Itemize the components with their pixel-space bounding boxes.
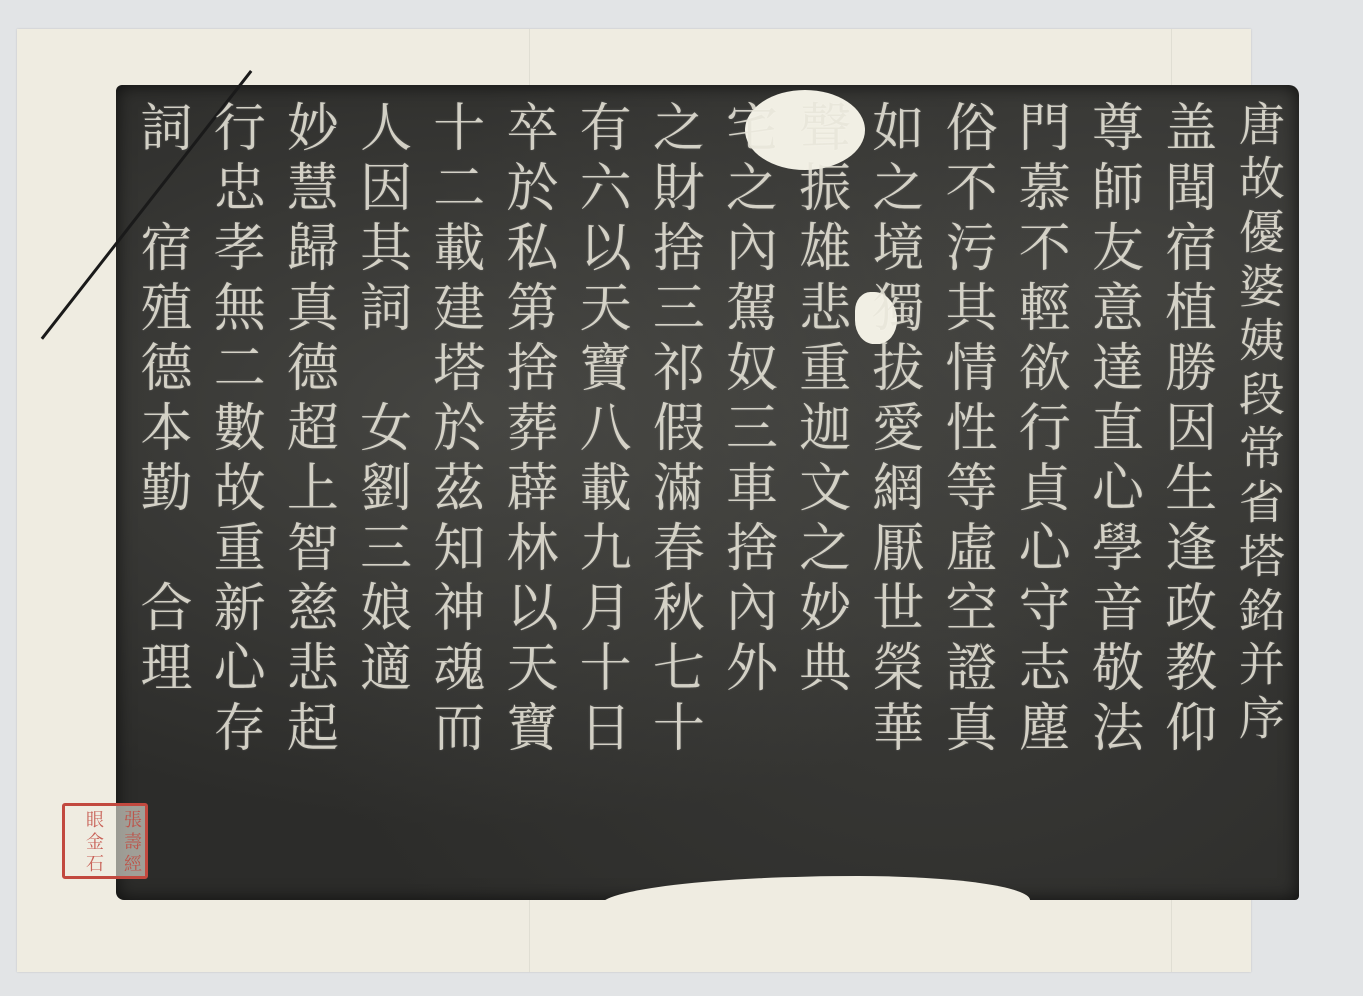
inscription-column: 人因其詞 女劉三娘適 xyxy=(350,100,412,890)
seal-character: 石 xyxy=(67,852,105,874)
inscription-column: 俗不污其情性等虛空證真 xyxy=(935,100,997,890)
inscription-column: 有六以天寶八載九月十日 xyxy=(569,100,631,890)
seal-character: 壽 xyxy=(105,830,143,852)
inscription-column: 之財捨三祁假滿春秋七十 xyxy=(642,100,704,890)
inscription-column: 盖聞宿植勝因生逢政教仰 xyxy=(1155,100,1217,890)
inscription-column: 尊師友意達直心學音敬法 xyxy=(1081,100,1143,890)
inscription-column: 門慕不輕欲行貞心守志塵 xyxy=(1008,100,1070,890)
seal-character: 金 xyxy=(67,830,105,852)
inscription-columns: 唐故優婆姨段常省塔銘并序 盖聞宿植勝因生逢政教仰 尊師友意達直心學音敬法 門慕不… xyxy=(130,100,1290,890)
inscription-column: 如之境獨拔愛網厭世榮華 xyxy=(862,100,924,890)
inscription-column: 行忠孝無二數故重新心存 xyxy=(203,100,265,890)
inscription-column: 詞 宿殖德本勤 合理 xyxy=(130,100,192,890)
inscription-column: 宅之內駕奴三車捨內外 xyxy=(716,100,778,890)
inscription-column: 十二載建塔於茲知神魂而 xyxy=(423,100,485,890)
inscription-column-title: 唐故優婆姨段常省塔銘并序 xyxy=(1228,100,1290,890)
collector-seal: 張 壽 經 眼 金 石 xyxy=(62,803,148,879)
inscription-column: 卒於私第捨葬薜林以天寶 xyxy=(496,100,558,890)
inscription-column: 聲振雄悲重迦文之妙典 xyxy=(789,100,851,890)
seal-character: 經 xyxy=(105,852,143,874)
inscription-column: 妙慧歸真德超上智慈悲起 xyxy=(276,100,338,890)
seal-character: 張 xyxy=(105,808,143,830)
seal-character: 眼 xyxy=(67,808,105,830)
